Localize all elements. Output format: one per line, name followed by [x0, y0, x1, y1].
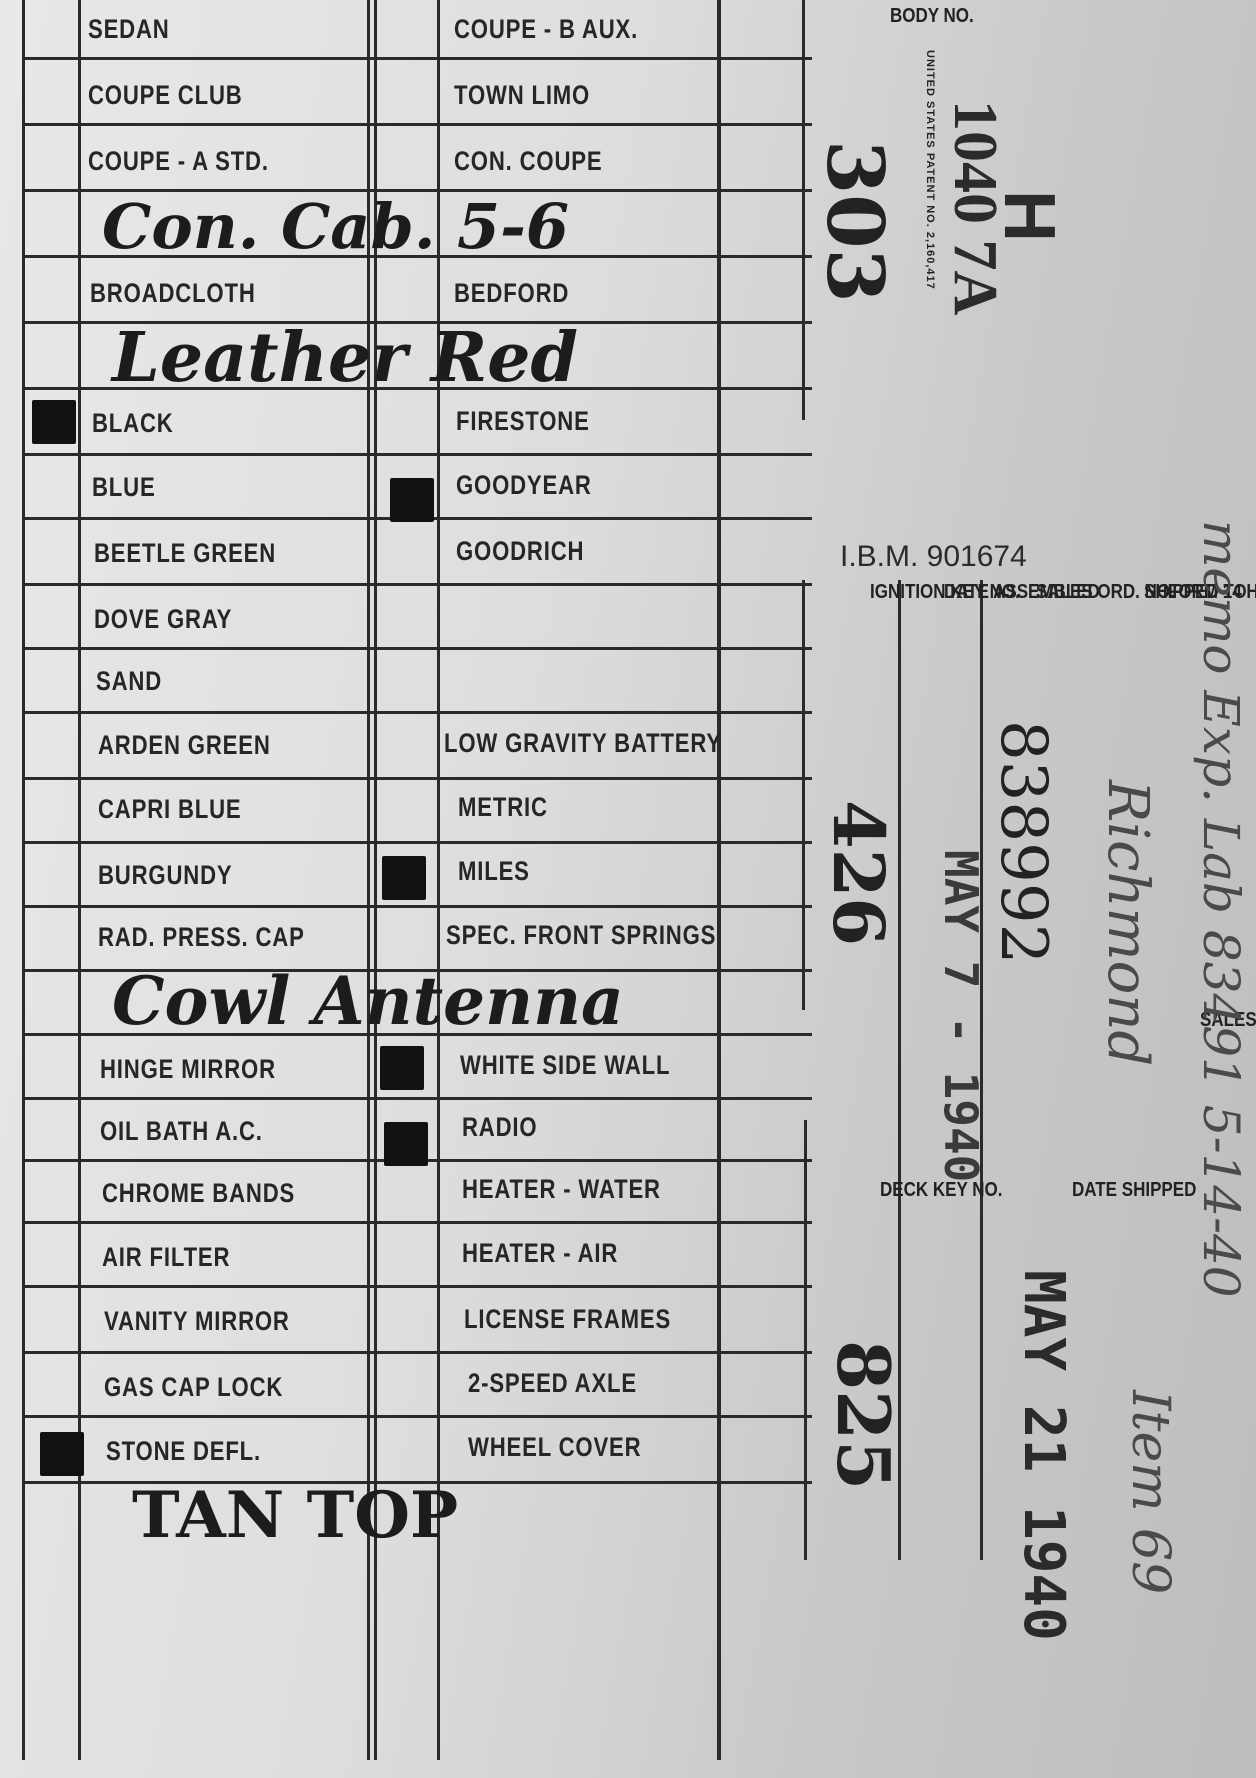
option-label: WHEEL COVER [468, 1432, 641, 1463]
panel-line [802, 580, 805, 1010]
table-row: VANITY MIRROR LICENSE FRAMES [22, 1288, 812, 1354]
option-label: BURGUNDY [98, 860, 232, 891]
table-row: SEDAN COUPE - B AUX. [22, 0, 812, 60]
panel-line [804, 1120, 807, 1560]
option-label: BEDFORD [454, 278, 569, 309]
option-label: OIL BATH A.C. [100, 1116, 263, 1147]
option-label: HEATER - AIR [462, 1238, 618, 1269]
ignition-key-value: 426 [817, 800, 900, 946]
option-label: AIR FILTER [102, 1242, 230, 1273]
handwritten-top: TAN TOP [132, 1478, 458, 1553]
option-label: BROADCLOTH [90, 278, 256, 309]
table-row: BROADCLOTH BEDFORD [22, 258, 812, 324]
option-label: CHROME BANDS [102, 1178, 295, 1209]
option-label: HINGE MIRROR [100, 1054, 276, 1085]
table-row: CAPRI BLUE METRIC [22, 780, 812, 844]
option-label: BEETLE GREEN [94, 538, 276, 569]
option-label: COUPE - A STD. [88, 146, 269, 177]
checkbox-checked[interactable] [384, 1122, 428, 1166]
table-row: AIR FILTER HEATER - AIR [22, 1224, 812, 1288]
patent-text: UNITED STATES PATENT NO. 2,160,417 [924, 50, 936, 290]
body-no-value: 303 [809, 140, 900, 303]
table-row: BURGUNDY MILES [22, 844, 812, 908]
body-no-label: BODY NO. [890, 6, 974, 27]
table-row: TAN TOP [22, 1484, 812, 1560]
pencil-item-note: Item 69 [1120, 1390, 1180, 1594]
table-row: Leather Red [22, 324, 812, 390]
shipped-to-value: Richmond [1095, 780, 1160, 1066]
date-shipped-label: DATE SHIPPED [1072, 1180, 1196, 1201]
table-row: Con. Cab. 5-6 [22, 192, 812, 258]
option-label: 2-SPEED AXLE [468, 1368, 637, 1399]
table-row: SAND [22, 650, 812, 714]
checkbox-checked[interactable] [380, 1046, 424, 1090]
option-label: STONE DEFL. [106, 1436, 261, 1467]
deck-key-label: DECK KEY NO. [880, 1180, 1002, 1201]
option-label: SPEC. FRONT SPRINGS [446, 920, 716, 951]
table-row: BEETLE GREEN GOODRICH [22, 520, 812, 586]
build-record-card: SEDAN COUPE - B AUX. COUPE CLUB TOWN LIM… [0, 0, 1256, 1778]
option-label: BLUE [92, 472, 156, 503]
table-row: ARDEN GREEN LOW GRAVITY BATTERY [22, 714, 812, 780]
options-grid: SEDAN COUPE - B AUX. COUPE CLUB TOWN LIM… [22, 0, 812, 1760]
table-row: GAS CAP LOCK 2-SPEED AXLE [22, 1354, 812, 1418]
handwritten-body-style: Con. Cab. 5-6 [102, 190, 569, 263]
checkbox-checked[interactable] [382, 856, 426, 900]
table-row: BLACK FIRESTONE [22, 390, 812, 456]
table-row: COUPE CLUB TOWN LIMO [22, 60, 812, 126]
option-label: CON. COUPE [454, 146, 602, 177]
option-label: LOW GRAVITY BATTERY [444, 728, 722, 759]
option-label: DOVE GRAY [94, 604, 232, 635]
table-row: Cowl Antenna [22, 972, 812, 1036]
handwritten-accessory: Cowl Antenna [112, 962, 624, 1040]
table-row: CHROME BANDS HEATER - WATER [22, 1162, 812, 1224]
deck-key-value: 825 [821, 1340, 906, 1490]
table-row: BLUE GOODYEAR [22, 456, 812, 520]
date-assembled-value: MAY 7 - 1940 [934, 850, 988, 1182]
option-label: CAPRI BLUE [98, 794, 242, 825]
option-label: ARDEN GREEN [98, 730, 271, 761]
option-label: VANITY MIRROR [104, 1306, 290, 1337]
option-label: WHITE SIDE WALL [460, 1050, 670, 1081]
option-label: GOODYEAR [456, 470, 592, 501]
option-label: TOWN LIMO [454, 80, 590, 111]
table-row: HINGE MIRROR WHITE SIDE WALL [22, 1036, 812, 1100]
option-label: GOODRICH [456, 536, 584, 567]
option-label: METRIC [458, 792, 548, 823]
table-row: STONE DEFL. WHEEL COVER [22, 1418, 812, 1484]
handwritten-upholstery: Leather Red [112, 318, 578, 398]
ibm-number: I.B.M. 901674 [840, 540, 1027, 574]
option-label: BLACK [92, 408, 174, 439]
checkbox-checked[interactable] [32, 400, 76, 444]
table-row: DOVE GRAY [22, 586, 812, 650]
option-label: COUPE CLUB [88, 80, 243, 111]
option-label: GAS CAP LOCK [104, 1372, 283, 1403]
panel-line [802, 0, 805, 420]
option-label: SEDAN [88, 14, 170, 45]
series-letter: H [988, 190, 1070, 242]
option-label: HEATER - WATER [462, 1174, 661, 1205]
option-label: RAD. PRESS. CAP [98, 922, 305, 953]
option-label: MILES [458, 856, 530, 887]
option-label: SAND [96, 666, 162, 697]
option-label: LICENSE FRAMES [464, 1304, 671, 1335]
checkbox-checked[interactable] [40, 1432, 84, 1476]
table-row: COUPE - A STD. CON. COUPE [22, 126, 812, 192]
table-row: OIL BATH A.C. RADIO [22, 1100, 812, 1162]
pencil-memo-note: memo Exp. Lab 83491 5-14-40 [1192, 520, 1250, 1298]
option-label: COUPE - B AUX. [454, 14, 638, 45]
sales-ord-value: 838992 [986, 720, 1060, 964]
checkbox-checked[interactable] [390, 478, 434, 522]
date-shipped-value: MAY 21 1940 [1011, 1270, 1076, 1641]
option-label: FIRESTONE [456, 406, 590, 437]
option-label: RADIO [462, 1112, 537, 1143]
